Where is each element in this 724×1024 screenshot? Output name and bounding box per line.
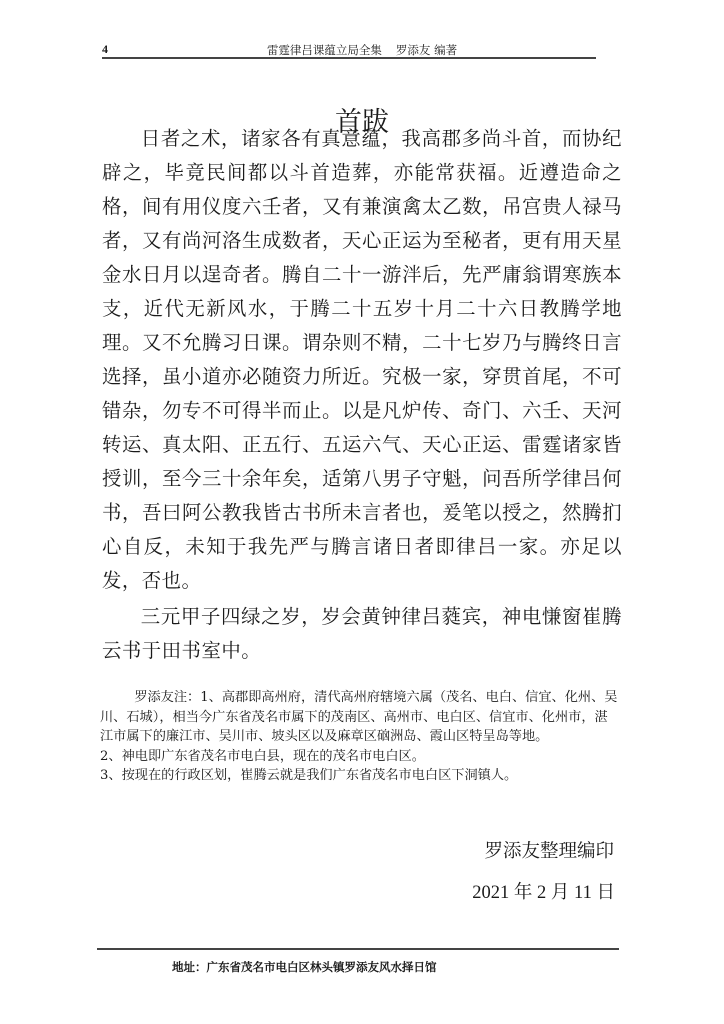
annotation-notes: 罗添友注：1、高郡即高州府，清代高州府辖境六属（茂名、电白、信宜、化州、吴川、石… [100,688,620,786]
body-text: 日者之术，诸家各有真意蕴，我高郡多尚斗首，而协纪辟之，毕竟民间都以斗首造葬，亦能… [102,122,622,668]
body-paragraph: 日者之术，诸家各有真意蕴，我高郡多尚斗首，而协纪辟之，毕竟民间都以斗首造葬，亦能… [102,122,622,598]
signature: 罗添友整理编印 [484,837,614,863]
header-divider [102,57,596,59]
book-author: 罗添友 编著 [396,42,457,58]
footer-divider [97,948,619,950]
note-item: 2、神电即广东省茂名市电白县，现在的茂名市电白区。 [100,747,620,767]
running-header: 雷霆律吕课蕴立局全集罗添友 编著 [0,42,724,58]
note-item: 3、按现在的行政区划，崔腾云就是我们广东省茂名市电白区下洞镇人。 [100,766,620,786]
book-title: 雷霆律吕课蕴立局全集 [267,42,382,58]
date: 2021 年 2 月 11 日 [472,878,615,904]
note-item: 罗添友注：1、高郡即高州府，清代高州府辖境六属（茂名、电白、信宜、化州、吴川、石… [100,688,620,747]
body-paragraph: 三元甲子四绿之岁，岁会黄钟律吕蕤宾，神电慊窗崔腾云书于田书室中。 [102,600,622,668]
footer-address: 地址：广东省茂名市电白区林头镇罗添友风水择日馆 [172,959,437,975]
